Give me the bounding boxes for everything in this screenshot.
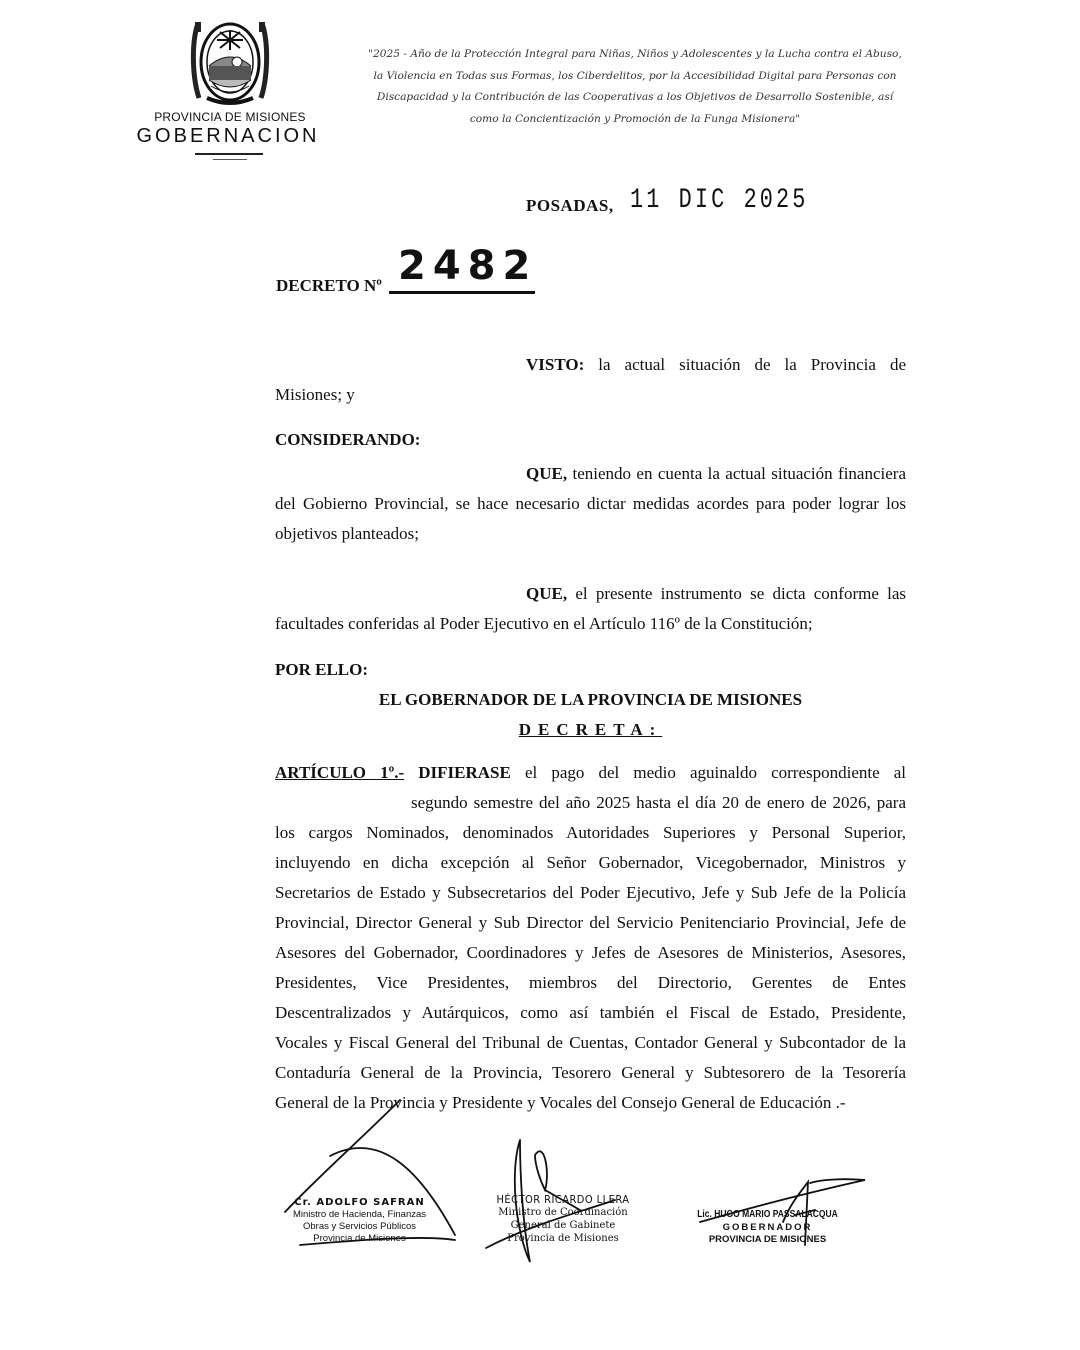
article-line: Provincial, Director General y Sub Direc… [275, 908, 906, 938]
province-name: PROVINCIA DE MISIONES [130, 110, 330, 124]
decree-number: 2482 [398, 243, 537, 289]
article-title: ARTÍCULO 1º.- [275, 763, 404, 782]
considerando-label: CONSIDERANDO: [275, 430, 420, 450]
article-line: los cargos Nominados, denominados Autori… [275, 818, 906, 848]
article-text: el pago del medio aguinaldo correspondie… [525, 763, 906, 782]
signer-jurisdiction: Provincia de Misiones [272, 1233, 447, 1245]
visto-text: la actual situación de la Provincia de [598, 355, 906, 374]
decree-label: DECRETO Nº [276, 276, 382, 296]
office-name: GOBERNACION [128, 125, 328, 148]
que-lead: QUE, [526, 464, 567, 483]
article-line: Secretarios de Estado y Subsecretarios d… [275, 878, 906, 908]
article-line: Asesores del Gobernador, Coordinadores y… [275, 938, 906, 968]
article-line: General de la Provincia y Presidente y V… [275, 1088, 906, 1118]
signer-title: Ministro de Hacienda, Finanzas [272, 1209, 447, 1221]
signer-name: HÉCTOR RICARDO LLERA [487, 1193, 640, 1206]
article-line: Descentralizados y Autárquicos, como así… [275, 998, 906, 1028]
considerando-1-first-line: QUE, teniendo en cuenta la actual situac… [526, 459, 906, 489]
article-line: incluyendo en dicha excepción al Señor G… [275, 848, 906, 878]
article-1: ARTÍCULO 1º.- DIFIERASE el pago del medi… [275, 758, 906, 1118]
article-line: Vocales y Fiscal General del Tribunal de… [275, 1028, 906, 1058]
year-motto: "2025 - Año de la Protección Integral pa… [365, 44, 905, 130]
article-verb: DIFIERASE [418, 763, 511, 782]
signer-title: General de Gabinete [478, 1219, 648, 1232]
article-line: Contaduría General de la Provincia, Teso… [275, 1058, 906, 1088]
header-rule-short [213, 159, 247, 160]
provincial-coat-of-arms-icon [187, 18, 273, 106]
signer-name: Lic. HUGO MARIO PASSALACQUA [693, 1209, 842, 1222]
place: POSADAS, [526, 196, 614, 216]
date-stamp: 11 DIC 2025 [630, 185, 808, 216]
visto-label: VISTO: [526, 355, 584, 374]
signer-title: GOBERNADOR [680, 1222, 855, 1235]
issuing-authority: EL GOBERNADOR DE LA PROVINCIA DE MISIONE… [275, 690, 906, 710]
considerando-2-first-line: QUE, el presente instrumento se dicta co… [526, 579, 906, 609]
decreta-heading: DECRETA: [275, 720, 906, 740]
signer-title: Ministro de Coordinación [478, 1206, 648, 1219]
article-line: ARTÍCULO 1º.- DIFIERASE el pago del medi… [275, 758, 906, 788]
signature-minister-hacienda: Cr. ADOLFO SAFRAN Ministro de Hacienda, … [272, 1197, 447, 1245]
signer-title: Obras y Servicios Públicos [272, 1221, 447, 1233]
signer-jurisdiction: PROVINCIA DE MISIONES [680, 1234, 855, 1247]
considerando-2-text: el presente instrumento se dicta conform… [575, 584, 906, 603]
signature-minister-gabinete: HÉCTOR RICARDO LLERA Ministro de Coordin… [478, 1193, 648, 1245]
decreta-text: DECRETA: [519, 720, 663, 739]
visto-line-1: VISTO: la actual situación de la Provinc… [526, 350, 906, 380]
considerando-2-rest: facultades conferidas al Poder Ejecutivo… [275, 609, 906, 639]
article-line: segundo semestre del año 2025 hasta el d… [275, 788, 906, 818]
considerando-1-rest: del Gobierno Provincial, se hace necesar… [275, 489, 906, 549]
considerando-1-text: teniendo en cuenta la actual situación f… [573, 464, 907, 483]
article-line: Presidentes, Vice Presidentes, miembros … [275, 968, 906, 998]
coat-of-arms-emblem [187, 18, 273, 106]
que-lead: QUE, [526, 584, 567, 603]
signer-jurisdiction: Provincia de Misiones [478, 1232, 648, 1245]
header-rule [195, 153, 263, 155]
visto-line-2: Misiones; y [275, 380, 355, 410]
signer-name: Cr. ADOLFO SAFRAN [272, 1197, 447, 1209]
decree-number-underline [389, 291, 535, 294]
signature-governor: Lic. HUGO MARIO PASSALACQUA GOBERNADOR P… [680, 1209, 855, 1247]
por-ello-label: POR ELLO: [275, 660, 368, 680]
